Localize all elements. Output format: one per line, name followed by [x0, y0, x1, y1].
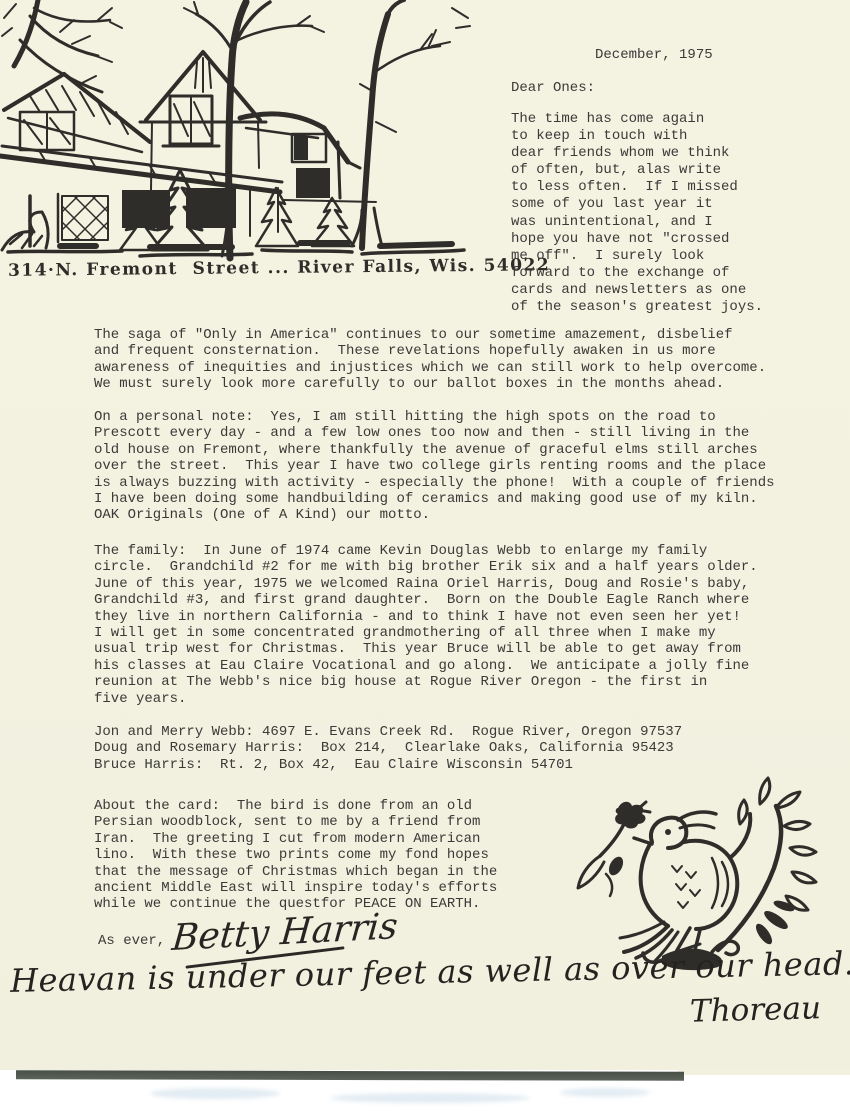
bird-illustration [572, 780, 832, 970]
paragraph-family: The family: In June of 1974 came Kevin D… [94, 543, 758, 707]
paragraph-about-card: About the card: The bird is done from an… [94, 798, 497, 913]
quote-attribution: Thoreau [690, 990, 822, 1029]
letter-date: December, 1975 [595, 47, 713, 63]
scanner-smudge [150, 1088, 280, 1099]
closing: As ever, [98, 933, 165, 949]
salutation: Dear Ones: [511, 80, 595, 96]
scanned-letter: 314·N. Fremont Street ... River Falls, W… [0, 0, 850, 1111]
page-bottom-right-edge [678, 1068, 850, 1075]
scanner-smudge [330, 1093, 530, 1103]
scanner-smudge [560, 1088, 650, 1097]
house-illustration [0, 0, 470, 262]
address-list: Jon and Merry Webb: 4697 E. Evans Creek … [94, 724, 682, 773]
opening-paragraph: The time has come again to keep in touch… [511, 111, 763, 316]
page-edge-shadow [16, 1070, 684, 1080]
paragraph-personal: On a personal note: Yes, I am still hitt… [94, 409, 775, 524]
paragraph-america: The saga of "Only in America" continues … [94, 327, 766, 393]
